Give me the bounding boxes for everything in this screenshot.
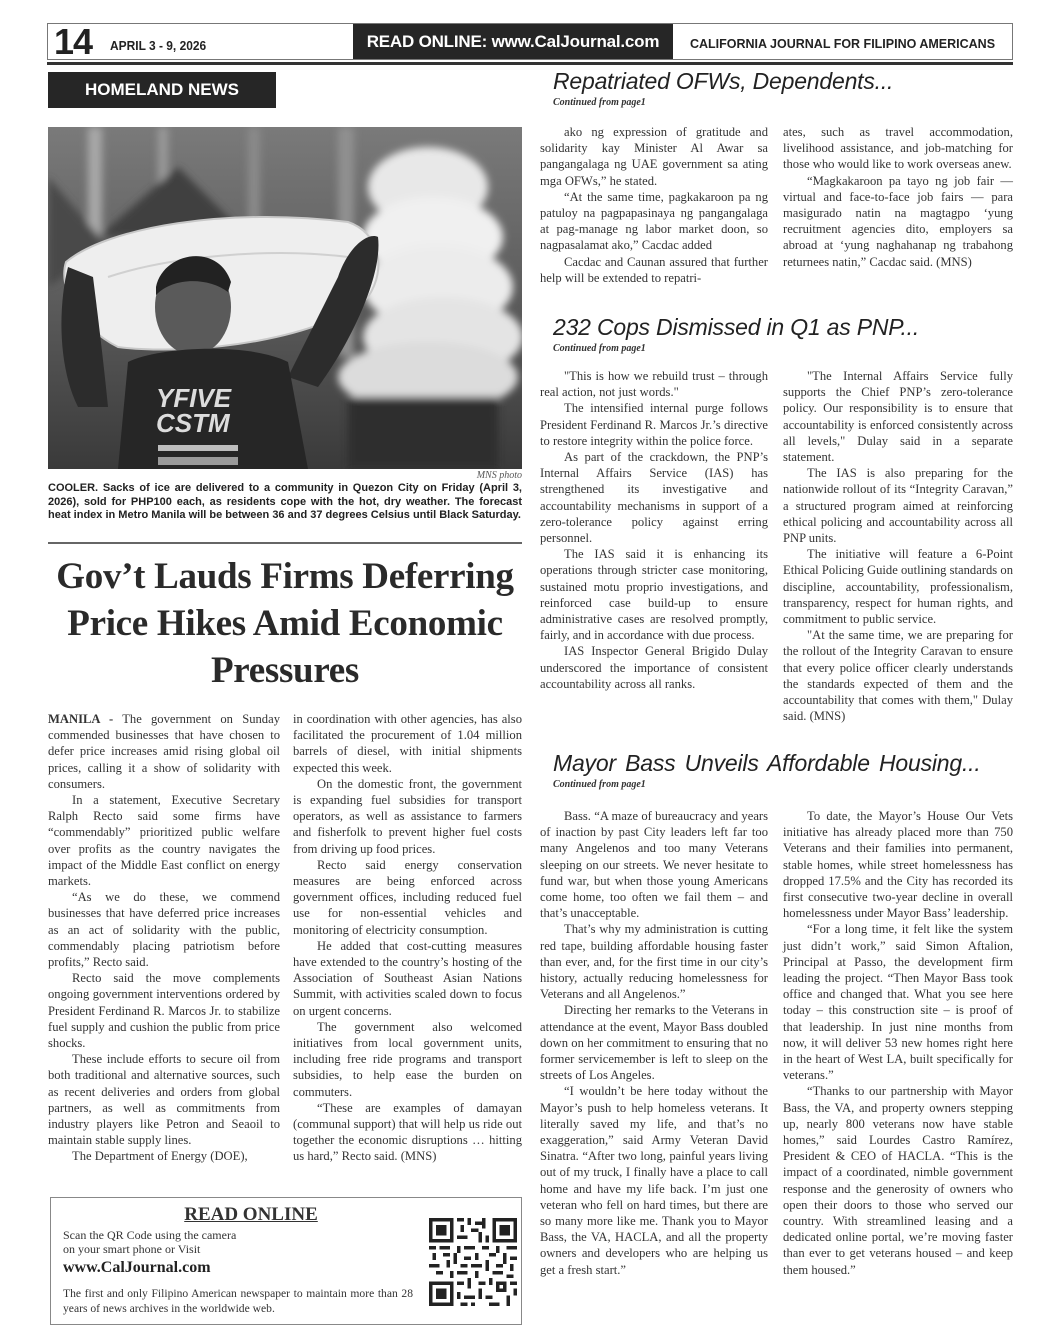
article-paragraph: "At the same time, we are preparing for … xyxy=(783,627,1013,724)
article-paragraph: "This is how we rebuild trust – through … xyxy=(540,368,768,400)
read-online-title: READ ONLINE xyxy=(151,1204,351,1226)
read-online-tagline: The first and only Filipino American new… xyxy=(63,1287,413,1316)
article-paragraph: That’s why my administration is cutting … xyxy=(540,921,768,1002)
ofw-continued-note: Continued from page1 xyxy=(553,97,646,108)
article-paragraph: Recto said the move complements ongoing … xyxy=(48,970,280,1051)
pnp-article-title: 232 Cops Dismissed in Q1 as PNP... xyxy=(553,314,919,341)
masthead-rule xyxy=(47,62,1013,65)
read-online-description: Scan the QR Code using the camera on you… xyxy=(63,1228,236,1256)
main-article-column-2: in coordination with other agencies, has… xyxy=(293,711,522,1165)
bass-column-1: Bass. “A maze of bureaucracy and years o… xyxy=(540,808,768,1278)
article-paragraph: ates, such as travel accommodation, live… xyxy=(783,124,1013,173)
article-paragraph: The intensified internal purge follows P… xyxy=(540,400,768,449)
masthead: 14 APRIL 3 - 9, 2026 READ ONLINE: www.Ca… xyxy=(47,23,1013,60)
article-paragraph: Recto said energy conservation measures … xyxy=(293,857,522,938)
main-article-column-1: MANILA - The government on Sunday commen… xyxy=(48,711,280,1165)
article-paragraph: Cacdac and Caunan assured that further h… xyxy=(540,254,768,286)
website-link[interactable]: www.CalJournal.com xyxy=(63,1259,211,1277)
article-paragraph: The government also welcomed initiatives… xyxy=(293,1019,522,1100)
article-paragraph: “These are examples of damayan (communal… xyxy=(293,1100,522,1165)
lead-paragraph: MANILA - The government on Sunday commen… xyxy=(48,711,280,792)
article-paragraph: He added that cost-cutting measures have… xyxy=(293,938,522,1019)
article-paragraph: Bass. “A maze of bureaucracy and years o… xyxy=(540,808,768,921)
article-paragraph: These include efforts to secure oil from… xyxy=(48,1051,280,1148)
article-paragraph: The initiative will feature a 6-Point Et… xyxy=(783,546,1013,627)
ofw-column-1: ako ng expression of gratitude and solid… xyxy=(540,124,768,286)
article-paragraph: As part of the crackdown, the PNP’s Inte… xyxy=(540,449,768,546)
article-paragraph: To date, the Mayor’s House Our Vets init… xyxy=(783,808,1013,921)
issue-date: APRIL 3 - 9, 2026 xyxy=(110,38,206,53)
article-paragraph: ako ng expression of gratitude and solid… xyxy=(540,124,768,189)
pnp-continued-note: Continued from page1 xyxy=(553,343,646,354)
pnp-column-2: "The Internal Affairs Service fully supp… xyxy=(783,368,1013,724)
bass-article-title: Mayor Bass Unveils Affordable Housing... xyxy=(553,750,981,777)
article-paragraph: Directing her remarks to the Veterans in… xyxy=(540,1002,768,1083)
article-paragraph: The Department of Energy (DOE), xyxy=(48,1148,280,1164)
page-number: 14 xyxy=(54,27,92,57)
read-online-box: READ ONLINE Scan the QR Code using the c… xyxy=(50,1197,522,1325)
article-paragraph: "The Internal Affairs Service fully supp… xyxy=(783,368,1013,465)
photo-credit: MNS photo xyxy=(48,470,522,481)
dateline: MANILA - xyxy=(48,712,113,726)
photo-illustration: YFIVE CSTM xyxy=(48,127,522,469)
article-paragraph: In a statement, Executive Secretary Ralp… xyxy=(48,792,280,889)
article-paragraph: “For a long time, it felt like the syste… xyxy=(783,921,1013,1083)
masthead-left: 14 APRIL 3 - 9, 2026 xyxy=(48,24,353,59)
article-paragraph: in coordination with other agencies, has… xyxy=(293,711,522,776)
article-paragraph: The IAS is also preparing for the nation… xyxy=(783,465,1013,546)
news-photo: YFIVE CSTM xyxy=(48,127,522,469)
photo-caption: COOLER. Sacks of ice are delivered to a … xyxy=(48,482,522,523)
main-headline: Gov’t Lauds Firms Deferring Price Hikes … xyxy=(48,553,522,694)
bass-column-2: To date, the Mayor’s House Our Vets init… xyxy=(783,808,1013,1278)
bass-continued-note: Continued from page1 xyxy=(553,779,646,790)
article-paragraph: IAS Inspector General Brigido Dulay unde… xyxy=(540,643,768,692)
caption-divider xyxy=(48,542,522,544)
article-paragraph: “Thanks to our partnership with Mayor Ba… xyxy=(783,1083,1013,1277)
article-paragraph: “At the same time, pagkakaroon pa ng pat… xyxy=(540,189,768,254)
article-paragraph: The IAS said it is enhancing its operati… xyxy=(540,546,768,643)
ofw-column-2: ates, such as travel accommodation, live… xyxy=(783,124,1013,270)
read-online-banner[interactable]: READ ONLINE: www.CalJournal.com xyxy=(353,24,673,59)
article-paragraph: “Magkakaroon pa tayo ng job fair — virtu… xyxy=(783,173,1013,270)
pnp-column-1: "This is how we rebuild trust – through … xyxy=(540,368,768,692)
article-paragraph: “As we do these, we commend businesses t… xyxy=(48,889,280,970)
article-paragraph: “I wouldn’t be here today without the Ma… xyxy=(540,1083,768,1277)
section-tag: HOMELAND NEWS xyxy=(48,72,276,108)
article-paragraph: On the domestic front, the government is… xyxy=(293,776,522,857)
publication-name: CALIFORNIA JOURNAL FOR FILIPINO AMERICAN… xyxy=(673,24,1012,59)
svg-text:CSTM: CSTM xyxy=(156,408,231,438)
ofw-article-title: Repatriated OFWs, Dependents... xyxy=(553,68,893,95)
qr-code-icon[interactable] xyxy=(429,1218,517,1306)
